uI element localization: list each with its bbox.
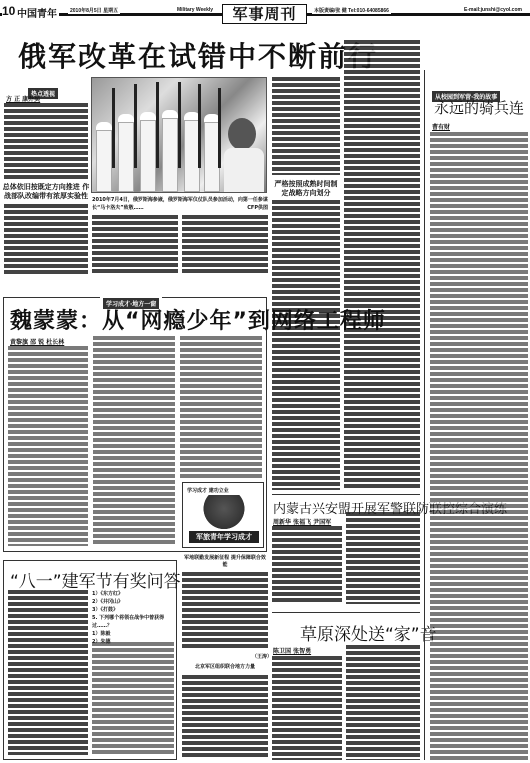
issue-date: 2010年8月5日 星期五 [68,7,120,14]
sidebar-body [430,132,528,760]
inner-mongolia-body-1 [272,526,342,604]
feature-body-2 [93,336,175,546]
lead-photo [91,77,267,193]
brief-body-2 [182,675,268,759]
page-number: 10 [2,4,17,18]
lead-body-3 [92,215,178,275]
quiz-options: 1）《东方红》 2）《井冈山》 3）《打鼓》 5. 下列哪个将领在战争中曾获得过… [92,590,174,646]
feature-body-3 [180,336,262,478]
quiz-answers [92,642,174,754]
quiz-option: 3）《打鼓》 [92,606,174,614]
paper-logo: 中国青年 [17,5,59,20]
lead-body-1 [4,103,88,179]
column-rule [424,70,425,760]
poster-image: 学习成才 建功立业 军旅青年学习成才 [182,482,264,548]
grassland-body-2 [346,645,420,760]
quiz-option: 2）《井冈山》 [92,598,174,606]
section-english: Military Weekly [175,7,215,13]
lead-body-4 [182,215,268,275]
poster-title: 军旅青年学习成才 [189,531,259,543]
quiz-body [8,590,88,755]
brief-headline-2: 北京军区组织联合地方力量 [182,664,268,671]
quiz-option: 1）《东方红》 [92,590,174,598]
lead-body-6 [272,200,340,490]
feature-byline: 黄黎旗 邵 锐 杜长林 [10,337,64,346]
quiz-headline: “八一”建军节有奖问答 [10,567,181,592]
brief-headline: 军地联勤发展新征程 提升保障联合效能 [182,555,268,569]
feature-headline: 魏蒙蒙：从“网瘾少年”到网络工程师 [10,304,386,335]
quiz-question: 5. 下列哪个将领在战争中曾获得过……？ [92,614,174,630]
lead-byline: 方 正 康乔奕 [6,94,40,103]
soldier-graphic-icon [197,495,251,529]
brief-end-mark: （王涛） [252,653,272,660]
lead-subhead: 总体依旧按既定方向推进 作战部队改编带有浓厚实验性 [2,183,90,201]
section-divider [272,494,420,495]
lead-body-7 [344,40,420,490]
photo-caption-text: 2010年7月4日，俄罗斯海参崴，俄罗斯海军仪仗队员参加活动，向第一任参谋长“马… [92,197,268,211]
lead-headline: 俄军改革在试错中不断前行 [18,35,378,75]
sidebar-byline: 曹有财 [432,122,450,131]
grassland-byline: 陈卫国 张智勇 [273,646,311,655]
section-divider [272,612,420,613]
lead-subhead-2: 严格按照成熟时间制定战略方向划分 [272,180,340,198]
email: E-mail:junshi@cyol.com [462,7,524,13]
grassland-headline: 草原深处送“家”音 [300,620,437,645]
sidebar-headline: 永远的骑兵连 [434,97,524,118]
poster-arc-text: 学习成才 建功立业 [187,487,229,494]
grassland-body-1 [272,656,342,760]
feature-body-1 [8,346,88,546]
lead-body-5 [272,77,340,175]
photo-caption: 2010年7月4日，俄罗斯海参崴，俄罗斯海军仪仗队员参加活动，向第一任参谋长“马… [92,196,268,212]
inner-mongolia-body-2 [346,512,420,604]
masthead: 军事周刊 [222,4,307,24]
quiz-option: 1）陈毅 [92,630,174,638]
brief-body [182,572,268,650]
inner-mongolia-byline: 周新华 张福飞 尹国军 [273,517,331,526]
photo-credit: CFP供图 [247,204,268,212]
page-header: 10 中国青年 2010年8月5日 星期五 Military Weekly 本版… [0,4,530,18]
editor-line: 本版责编/张 健 Tel:010-64085866 [312,7,391,14]
lead-body-2 [4,204,88,274]
